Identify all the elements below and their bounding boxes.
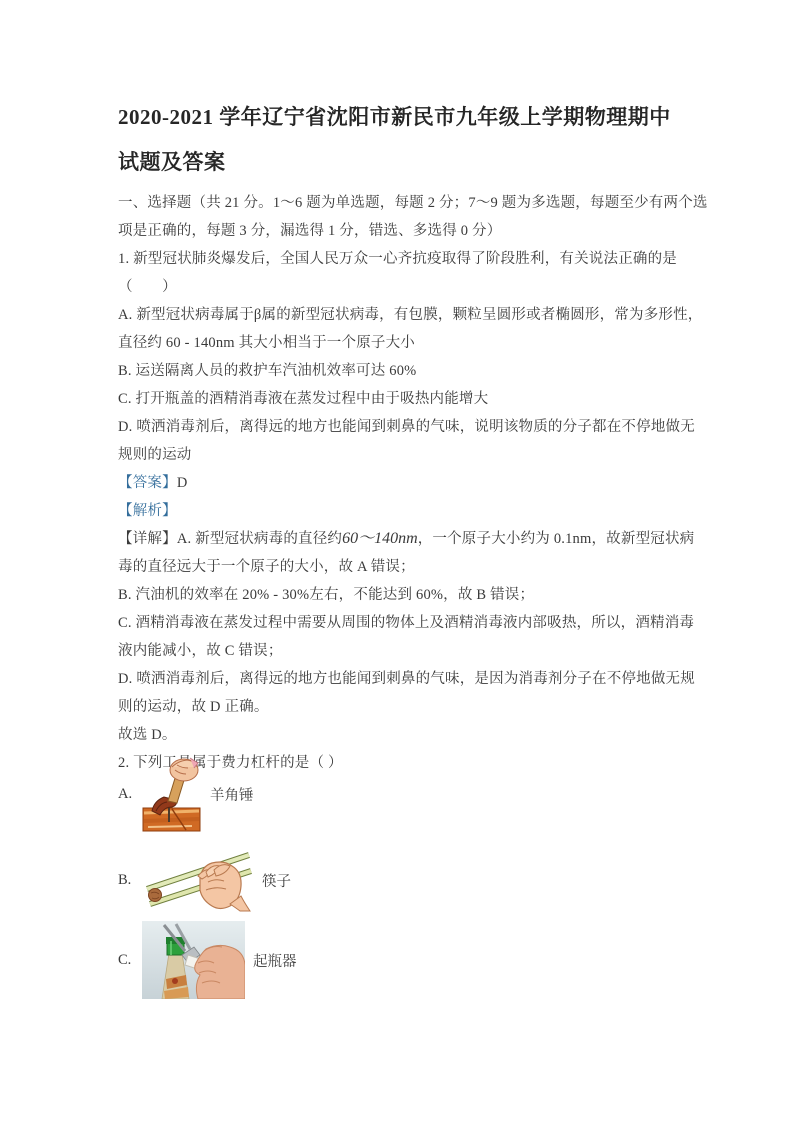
- q1-detail-line2: 毒的直径远大于一个原子的大小，故 A 错误；: [118, 553, 684, 581]
- q1-detail-line7: 则的运动，故 D 正确。: [118, 693, 684, 721]
- q2-option-c-caption: 起瓶器: [253, 950, 297, 971]
- detail-label: 【详解】: [118, 531, 177, 547]
- q2-option-a-letter: A.: [118, 786, 142, 803]
- answer-value: D: [177, 475, 188, 491]
- q1-detail-line3: B. 汽油机的效率在 20% - 30%左右，不能达到 60%，故 B 错误；: [118, 581, 684, 609]
- section-header-line1: 一、选择题（共 21 分。1～6 题为单选题，每题 2 分；7～9 题为多选题，…: [118, 189, 684, 217]
- chopsticks-image: [142, 848, 254, 912]
- q1-answer-line: 【答案】D: [118, 469, 684, 497]
- q1-option-c: C. 打开瓶盖的酒精消毒液在蒸发过程中由于吸热内能增大: [118, 385, 684, 413]
- q2-option-a-caption: 羊角锤: [210, 784, 254, 805]
- q1-analysis-line: 【解析】: [118, 497, 684, 525]
- q1-detail-line6: D. 喷洒消毒剂后，离得远的地方也能闻到刺鼻的气味，是因为消毒剂分子在不停地做无…: [118, 665, 684, 693]
- q1-option-d-line2: 规则的运动: [118, 441, 684, 469]
- detail-line1-math: 60～140nm: [342, 530, 418, 547]
- q2-option-c-letter: C.: [118, 952, 142, 969]
- detail-line1-post: ，一个原子大小约为 0.1nm，故新型冠状病: [418, 531, 695, 547]
- q2-option-b-row: B.: [118, 848, 684, 912]
- q1-option-b: B. 运送隔离人员的救护车汽油机效率可达 60%: [118, 357, 684, 385]
- q1-detail-line5: 液内能减小，故 C 错误；: [118, 637, 684, 665]
- q2-option-b-letter: B.: [118, 872, 142, 889]
- exam-document-page: 2020-2021 学年辽宁省沈阳市新民市九年级上学期物理期中 试题及答案 一、…: [0, 0, 793, 1122]
- section-header-line2: 项是正确的，每题 3 分，漏选得 1 分，错选、多选得 0 分）: [118, 217, 684, 245]
- q1-stem-line1: 1. 新型冠状肺炎爆发后，全国人民万众一心齐抗疫取得了阶段胜利，有关说法正确的是: [118, 245, 684, 273]
- q1-detail-line8: 故选 D。: [118, 721, 684, 749]
- q1-option-a-line2: 直径约 60 - 140nm 其大小相当于一个原子大小: [118, 329, 684, 357]
- bottle-opener-photo: [142, 921, 245, 999]
- q1-option-a-line1: A. 新型冠状病毒属于β属的新型冠状病毒，有包膜，颗粒呈圆形或者椭圆形，常为多形…: [118, 301, 684, 329]
- q1-stem-line2: （ ）: [118, 273, 684, 301]
- analysis-label: 【解析】: [118, 503, 177, 519]
- q1-detail-line4: C. 酒精消毒液在蒸发过程中需要从周围的物体上及酒精消毒液内部吸热，所以，酒精消…: [118, 609, 684, 637]
- claw-hammer-illustration: [142, 755, 202, 833]
- q2-option-b-caption: 筷子: [262, 870, 291, 891]
- document-content: 2020-2021 学年辽宁省沈阳市新民市九年级上学期物理期中 试题及答案 一、…: [118, 95, 684, 999]
- bottle-opener-image: [142, 921, 245, 999]
- detail-line1-pre: A. 新型冠状病毒的直径约: [177, 531, 342, 547]
- q2-option-c-row: C.: [118, 921, 684, 999]
- claw-hammer-image: [142, 755, 202, 833]
- answer-label: 【答案】: [118, 475, 177, 491]
- page-title-line2: 试题及答案: [118, 140, 684, 185]
- q1-option-d-line1: D. 喷洒消毒剂后，离得远的地方也能闻到刺鼻的气味，说明该物质的分子都在不停地做…: [118, 413, 684, 441]
- chopsticks-illustration: [142, 848, 254, 912]
- q1-detail-line1: 【详解】A. 新型冠状病毒的直径约60～140nm，一个原子大小约为 0.1nm…: [118, 525, 684, 553]
- page-title: 2020-2021 学年辽宁省沈阳市新民市九年级上学期物理期中: [118, 95, 684, 140]
